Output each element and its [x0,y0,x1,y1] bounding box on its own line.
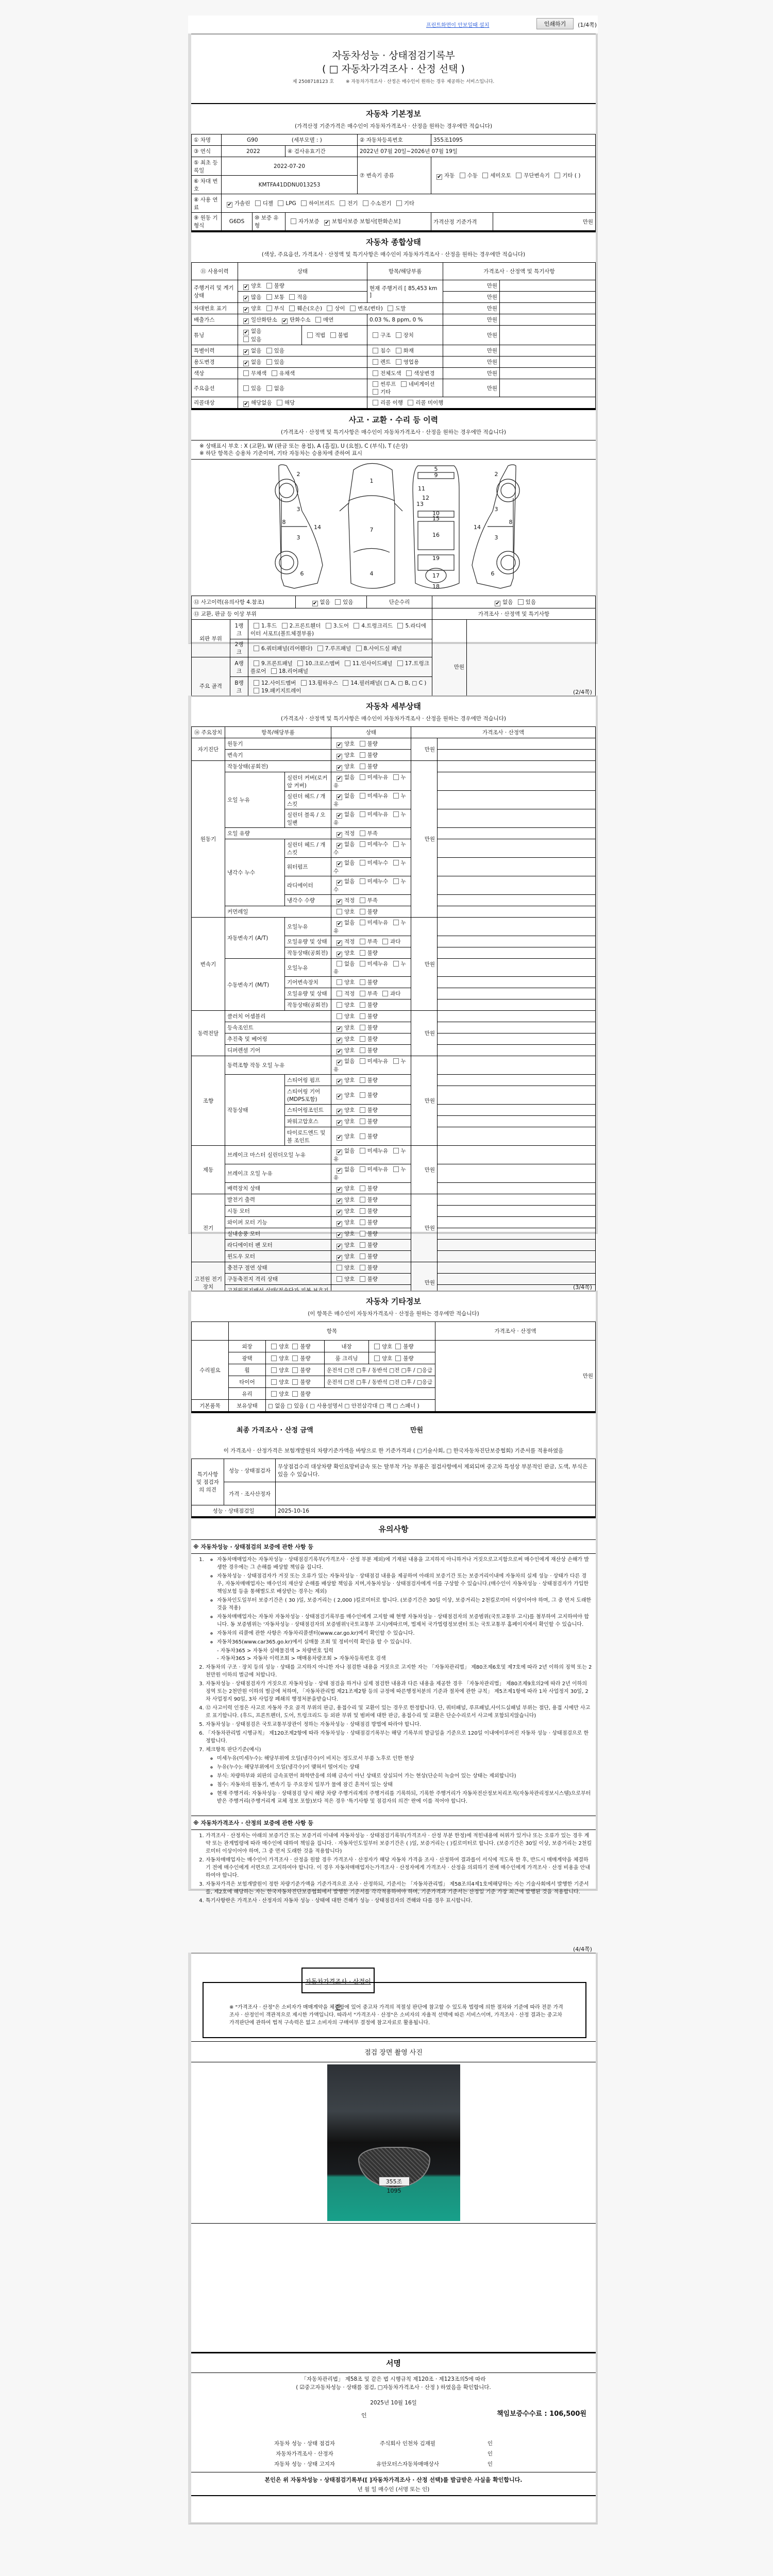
checkbox[interactable] [436,174,442,180]
checkbox[interactable] [374,1344,380,1349]
overall-title: 자동차 종합상태 [191,232,596,247]
checkbox[interactable] [373,400,378,405]
checkbox[interactable] [271,1367,277,1373]
note-cell [438,1262,596,1274]
option-label: 세미오토 [490,173,511,179]
note-cell [438,1056,596,1075]
checkbox[interactable] [243,318,249,324]
option-label: LPG [285,200,296,207]
checkbox[interactable] [272,370,277,376]
checkbox[interactable] [360,950,365,956]
option-label: 양호 [344,1242,355,1248]
checkbox[interactable] [396,332,401,338]
checkbox[interactable] [343,680,348,686]
note-cell [438,839,596,858]
option-label: 불량 [367,950,378,956]
checkbox[interactable] [337,1244,342,1249]
checkbox[interactable] [282,318,288,324]
checkbox[interactable] [330,332,336,338]
checkbox[interactable] [360,1265,365,1270]
checkbox[interactable] [337,979,342,985]
fuel-label: ⑧ 사용 연료 [192,194,222,213]
signer-role: 자동차 성능 · 상태 점검자 [253,2438,356,2448]
checkbox[interactable] [337,991,342,996]
checkbox[interactable] [360,939,365,944]
checkbox[interactable] [360,1107,365,1113]
note-cell [438,1116,596,1127]
checkbox[interactable] [337,1210,342,1215]
warranty-options: 자가보증 보험사보증 보험사[한화손보] [285,213,431,231]
checkbox[interactable] [291,218,296,224]
checkbox[interactable] [393,878,399,884]
print-help-link[interactable]: 프린트화면이 안보일때 설치 [426,21,489,28]
checkbox[interactable] [360,764,365,769]
checkbox[interactable] [360,831,365,836]
checkbox[interactable] [482,173,488,178]
state-options: 양호 불량 [331,1033,411,1045]
checkbox[interactable] [337,952,342,957]
state-options: 양호 불량 [331,1206,411,1217]
checkbox[interactable] [337,813,342,819]
checkbox[interactable] [289,306,295,311]
state: 일산화탄소 탄화수소 매연 [238,314,367,326]
note-cell [438,1033,596,1045]
checkbox[interactable] [337,1135,342,1141]
checkbox[interactable] [393,774,399,780]
checkbox[interactable] [360,1253,365,1259]
checkbox[interactable] [301,680,307,686]
checkbox[interactable] [337,1049,342,1055]
checkbox[interactable] [337,765,342,771]
checkbox[interactable] [350,306,356,311]
checkbox[interactable] [243,401,249,407]
state-options: 양호 불량 [331,1240,411,1251]
checkbox[interactable] [254,688,259,693]
checkbox[interactable] [406,370,412,376]
checkbox[interactable] [337,1187,342,1193]
col-header: 가격조사 · 산정액 및 특기사항 [443,263,596,280]
sub-item-label: 스티어링조인트 [285,1105,331,1116]
glass-options: 양호불량 [266,1388,435,1400]
option-label: 불량 [367,1185,378,1192]
state-options: 양호 불량 [331,1127,411,1146]
checkbox[interactable] [360,1208,365,1214]
signer-role: 자동차 성능 · 상태 고지자 [253,2459,356,2469]
rank-items: 12.사이드멤버 13.휠하우스 14.필러패널( □ A, □ B, □ C … [248,677,432,697]
state-options: 양호 불량 [331,1075,411,1086]
checkbox[interactable] [388,306,393,311]
checkbox[interactable] [266,283,272,289]
checkbox[interactable] [360,752,365,758]
final-price-label: 최종 가격조사 · 산정 금액 [237,1425,313,1434]
note-cell [438,936,596,947]
option-label: 기타 [380,389,391,395]
checkbox[interactable] [243,370,249,376]
checkbox[interactable] [337,742,342,748]
checkbox[interactable] [382,991,388,996]
checkbox[interactable] [396,200,402,206]
transmission-label: ⑦ 변속기 종류 [358,157,431,194]
option-label: 무단변속기 [524,173,550,179]
checkbox[interactable] [337,1276,342,1282]
checkbox[interactable] [360,793,365,799]
checkbox[interactable] [254,660,259,666]
rank-label: A랭크 [230,657,248,677]
checkbox[interactable] [243,284,249,290]
checkbox[interactable] [337,1149,342,1155]
checkbox[interactable] [243,296,249,301]
checkbox[interactable] [337,1109,342,1114]
checkbox[interactable] [243,330,249,335]
checkbox[interactable] [327,306,332,311]
checkbox[interactable] [337,1120,342,1126]
checkbox[interactable] [396,348,401,353]
checkbox[interactable] [363,200,368,206]
checkbox[interactable] [337,921,342,927]
note-cell [438,1146,596,1164]
overall-table: ⑪ 사용이력상태항목/해당부품가격조사 · 산정액 및 특기사항주행거리 및 계… [191,262,596,409]
checkbox[interactable] [401,381,407,387]
state: 많음 보통 적음 [238,292,367,303]
checkbox[interactable] [335,599,341,605]
checkbox[interactable] [292,1355,298,1361]
checkbox[interactable] [337,880,342,886]
checkbox[interactable] [266,348,272,353]
vin: KMTFA41DDNU013253 [222,176,358,194]
opt-label: 불량 [403,1344,413,1350]
checkbox[interactable] [360,897,365,903]
checkbox[interactable] [360,1047,365,1053]
checkbox[interactable] [360,1025,365,1030]
note-cell [438,895,596,906]
checkbox[interactable] [271,1344,277,1349]
checkbox[interactable] [393,841,399,847]
checkbox[interactable] [337,1079,342,1084]
checkbox[interactable] [337,1168,342,1174]
checkbox[interactable] [254,623,259,629]
checkbox[interactable] [337,832,342,838]
state: 해당없음 해당 [238,397,367,409]
checkbox[interactable] [393,1166,399,1172]
checkbox[interactable] [278,200,283,206]
checkbox[interactable] [554,173,560,178]
state-options: 양호 불량 [331,1183,411,1194]
checkbox[interactable] [360,878,365,884]
checkbox[interactable] [277,400,282,405]
part-number-label: 2 [297,471,300,478]
checkbox[interactable] [360,1197,365,1202]
checkbox[interactable] [266,385,272,391]
checkbox[interactable] [317,646,323,651]
opt-label: 양호 [279,1344,289,1350]
checkbox[interactable] [395,1344,401,1349]
option-label: 양호 [344,1013,355,1020]
history-label: ⑫ 사고이력(유의사항 4.참조) [192,596,296,608]
checkbox[interactable] [337,940,342,946]
notes-section1: 자동차매매업자는 자동차성능 · 상태점검기록부(가격조사 · 산정 부분 제외… [191,1556,596,1805]
checkbox[interactable] [460,173,465,178]
checkbox[interactable] [360,1002,365,1008]
checkbox[interactable] [337,899,342,905]
checkbox[interactable] [360,1148,365,1154]
checkbox[interactable] [271,668,277,674]
col-header: ⑪ 사용이력 [192,263,238,280]
option-label: 화재 [404,348,414,354]
checkbox[interactable] [337,861,342,867]
checkbox[interactable] [312,601,318,606]
items: 침수 화재 [367,345,443,357]
year-label: ③ 연식 [192,146,222,157]
sub-item-label: 실린더 커버(로커암 커버) [285,772,331,791]
checkbox[interactable] [292,1344,298,1349]
checkbox[interactable] [356,646,362,651]
checkbox[interactable] [301,200,307,206]
checkbox[interactable] [345,660,350,666]
device-group-label: 제동 [192,1146,225,1194]
checkbox[interactable] [243,336,249,342]
checkbox[interactable] [292,1367,298,1373]
note-cell [438,988,596,999]
option-label: 적정 [344,991,355,997]
option-label: 없음 [320,599,330,605]
checkbox[interactable] [360,1133,365,1139]
rank-label: 2랭크 [230,639,248,657]
price-cell: 만원 [411,1056,438,1146]
note-cell [500,326,596,345]
car-outline-diagram: 1234567891011121314151617181932336814 [191,460,596,596]
accident-legend: ※ 상태표시 부호 : X (교환), W (판금 또는 용접), A (흠집)… [191,440,596,459]
option-label: 수동 [467,173,478,179]
sub-item-label: 실린더 블록 / 오일팬 [285,809,331,828]
checkbox[interactable] [360,909,365,914]
checkbox[interactable] [337,1232,342,1238]
checkbox[interactable] [393,860,399,866]
checkbox[interactable] [337,1255,342,1261]
checkbox[interactable] [266,306,272,311]
checkbox[interactable] [354,623,359,629]
checkbox[interactable] [282,623,288,629]
checkbox[interactable] [396,359,401,365]
checkbox[interactable] [397,623,403,629]
option-label: 불량 [274,283,284,289]
checkbox[interactable] [360,961,365,967]
repair-label: 수리필요 [192,1341,229,1400]
option-label: 양호 [344,752,355,758]
glass-label: 유리 [229,1388,266,1400]
note-bullet: 자동차365(www.car365.go.kr)에서 실매물 조회 및 정비이력… [217,1638,593,1646]
checkbox[interactable] [495,601,500,606]
checkbox[interactable] [360,1036,365,1042]
state: 있음 없음 [238,379,367,397]
checkbox[interactable] [337,1038,342,1043]
checkbox[interactable] [326,623,331,629]
price-base-label: 가격산정 기준가격 [431,213,493,231]
option-label: 미세누유 [367,961,389,967]
checkbox[interactable] [393,1148,399,1154]
checkbox[interactable] [337,754,342,759]
checkbox[interactable] [337,1198,342,1204]
checkbox[interactable] [324,220,330,226]
item-label: 충전구 절연 상태 [225,1262,331,1274]
checkbox[interactable] [255,200,261,206]
checkbox[interactable] [516,173,522,178]
other-sub: (이 항목은 매수인이 자동차가격조사 · 산정을 원하는 경우에만 적습니다) [191,1307,596,1321]
option-label: 양호 [251,306,261,312]
checkbox[interactable] [254,646,259,651]
option-label: 과다 [390,939,400,945]
checkbox[interactable] [393,811,399,817]
checkbox[interactable] [373,348,378,353]
checkbox[interactable] [307,332,313,338]
emission-value: 0.03 %, 8 ppm, 0 % [367,314,443,326]
checkbox[interactable] [382,939,388,944]
print-button[interactable]: 인쇄하기 [536,18,574,29]
law-text: 「자동차관리법」 제58조 및 같은 법 시행규칙 제120조 · 제123조의… [191,2375,596,2383]
sub-item-label: 워터펌프 [285,858,331,876]
checkbox[interactable] [337,1265,342,1270]
checkbox[interactable] [337,776,342,782]
row-label: 튜닝 [192,326,238,345]
checkbox[interactable] [337,1221,342,1227]
checkbox[interactable] [373,381,378,387]
exterior-options: 양호불량 [266,1341,325,1352]
checkbox[interactable] [408,400,413,405]
checkbox[interactable] [393,1058,399,1064]
checkbox[interactable] [360,1058,365,1064]
checkbox[interactable] [289,294,295,300]
checkbox[interactable] [395,1355,401,1361]
checkbox[interactable] [360,860,365,866]
checkbox[interactable] [297,660,303,666]
device-group-label: 동력전달 [192,1011,225,1056]
state-options: 양호 불량 [331,750,411,761]
checkbox[interactable] [393,920,399,925]
opt-label: 양호 [279,1391,289,1397]
option-label: 무채색 [251,370,266,377]
checkbox[interactable] [271,1391,277,1397]
checkbox[interactable] [227,202,232,208]
checkbox[interactable] [271,1355,277,1361]
checkbox[interactable] [360,1219,365,1225]
checkbox[interactable] [337,961,342,967]
checkbox[interactable] [337,1094,342,1099]
outer-panel-label: 외판 부위 [192,620,230,657]
checkbox[interactable] [360,1231,365,1236]
option-label: 양호 [344,1185,355,1192]
option-label: 불량 [367,1276,378,1282]
state-options: 양호 불량 [331,1011,411,1022]
checkbox[interactable] [393,793,399,799]
option-label: 불량 [367,1002,378,1008]
checkbox[interactable] [271,1379,277,1385]
checkbox[interactable] [243,385,249,391]
checkbox[interactable] [373,332,378,338]
checkbox[interactable] [337,1002,342,1008]
checkbox[interactable] [360,920,365,925]
mileage-value: 현재 주행거리 [ 85,453 km ] [367,280,443,303]
sub-item-label: 오일누유 [285,959,331,977]
checkbox[interactable] [360,979,365,985]
checkbox[interactable] [337,1013,342,1019]
checkbox[interactable] [254,680,259,686]
sub-item-label: 냉각수 수량 [285,895,331,906]
price-base: 만원 [493,213,596,231]
checkbox[interactable] [340,200,345,206]
sub-item-label: 실린더 헤드 / 개스킷 [285,791,331,809]
checkbox[interactable] [337,843,342,849]
checkbox[interactable] [292,1391,298,1397]
checkbox[interactable] [266,294,272,300]
checkbox[interactable] [360,1276,365,1282]
checkbox[interactable] [360,1077,365,1083]
license-plate: 355조 1095 [379,2177,410,2186]
checkbox[interactable] [360,1185,365,1191]
signer-name: 유안모터스자동차매매상사 [356,2459,459,2469]
checkbox[interactable] [360,1242,365,1248]
signer-name: 주식회사 인천차 김재필 [356,2438,459,2448]
checkbox[interactable] [397,660,403,666]
checkbox[interactable] [373,389,378,395]
price-cell: 만원 [411,738,438,761]
checkbox[interactable] [360,841,365,847]
checkbox[interactable] [337,909,342,914]
checkbox[interactable] [266,359,272,365]
checkbox[interactable] [360,1118,365,1124]
note-bullet: 현재 주행거리: 자동차성능 · 상태점검 당시 해당 차량 주행거리계의 주행… [217,1790,593,1805]
checkbox[interactable] [518,599,524,605]
note-item: 가격조사 · 산정자는 아래의 보증기간 또는 보증거리 이내에 자동차성능 ·… [206,1832,593,1855]
checkbox[interactable] [373,359,378,365]
note-item: 자동차성능 · 상태점검은 국토교통부장관이 정하는 자동차성능 · 상태점검 … [206,1721,593,1728]
checkbox[interactable] [315,317,321,323]
checkbox[interactable] [393,961,399,967]
item-label: 브레이크 마스터 실린더오일 누유 [225,1146,331,1164]
checkbox[interactable] [360,811,365,817]
checkbox[interactable] [360,1092,365,1098]
valid-period: 2022년 07월 20일~2026년 07월 19일 [358,146,596,157]
checkbox[interactable] [337,1026,342,1032]
item-header: 항목 [229,1322,435,1341]
checkbox[interactable] [337,794,342,800]
checkbox[interactable] [360,774,365,780]
note-cell [438,809,596,828]
option-label: 디젤 [263,200,273,207]
checkbox[interactable] [243,307,249,313]
option-label: 불량 [367,1253,378,1260]
part-number-label: 1 [370,478,374,484]
checkbox[interactable] [360,1013,365,1019]
checkbox[interactable] [373,370,378,376]
checkbox[interactable] [337,1060,342,1065]
option-label: 구조 [380,332,391,338]
appraiser-opinion [276,1482,596,1505]
state-options: 양호 불량 [331,1022,411,1033]
car-diagram: 1234567891011121314151617181932336814 [191,459,596,596]
tire-options: 양호불량 [266,1376,325,1388]
checkbox[interactable] [243,361,249,366]
option-label: 불량 [367,1133,378,1140]
checkbox[interactable] [360,991,365,996]
room-cleaning-options: 양호불량 [369,1352,435,1364]
note-cell [500,379,596,397]
checkbox[interactable] [360,1166,365,1172]
price-cell: 만원 [443,280,500,292]
checkbox[interactable] [374,1355,380,1361]
checkbox[interactable] [360,741,365,747]
note-cell [500,345,596,357]
checkbox[interactable] [292,1379,298,1385]
checkbox[interactable] [243,349,249,355]
